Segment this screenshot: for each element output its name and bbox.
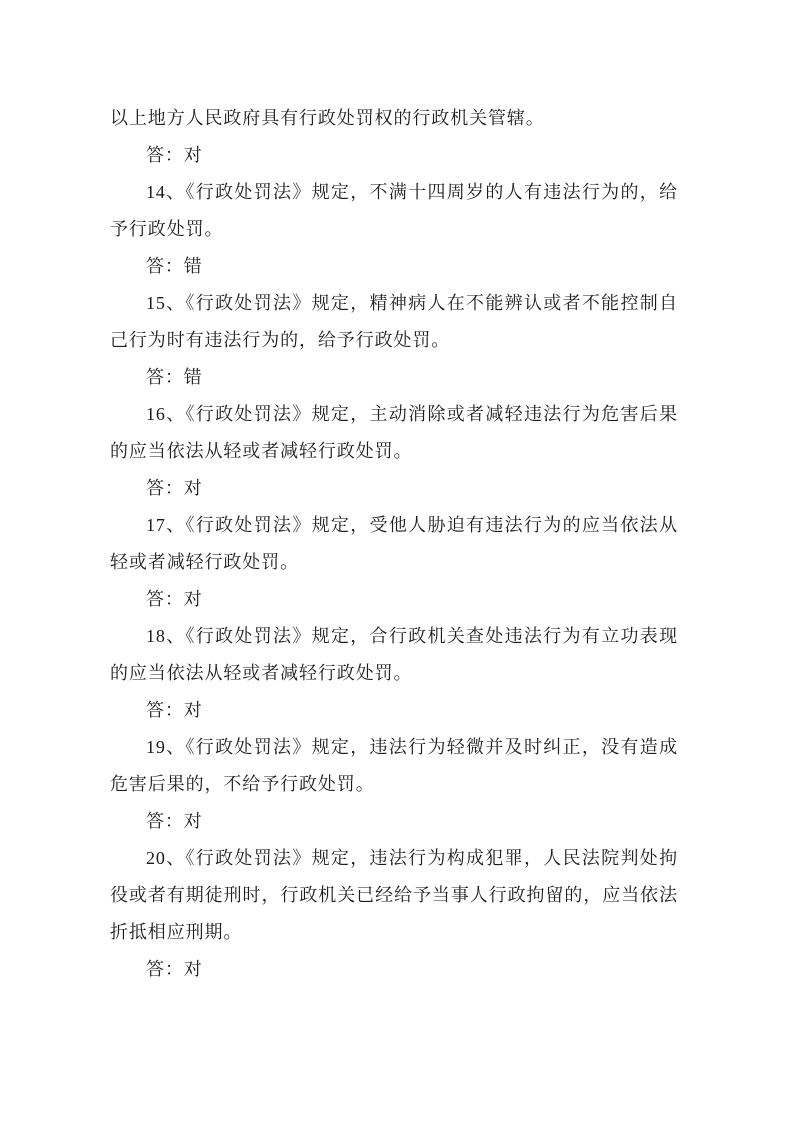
question-15: 15、《行政处罚法》规定，精神病人在不能辨认或者不能控制自己行为时有违法行为的，… — [110, 285, 678, 359]
question-17: 17、《行政处罚法》规定，受他人胁迫有违法行为的应当依法从轻或者减轻行政处罚。 — [110, 507, 678, 581]
answer-13: 答：对 — [110, 137, 678, 174]
answer-17: 答：对 — [110, 581, 678, 618]
question-18: 18、《行政处罚法》规定，合行政机关查处违法行为有立功表现的应当依法从轻或者减轻… — [110, 618, 678, 692]
question-19: 19、《行政处罚法》规定，违法行为轻微并及时纠正，没有造成危害后果的，不给予行政… — [110, 729, 678, 803]
question-20: 20、《行政处罚法》规定，违法行为构成犯罪，人民法院判处拘役或者有期徒刑时，行政… — [110, 840, 678, 951]
answer-15: 答：错 — [110, 359, 678, 396]
document-page: 以上地方人民政府具有行政处罚权的行政机关管辖。 答：对 14、《行政处罚法》规定… — [0, 0, 793, 1122]
answer-20: 答：对 — [110, 951, 678, 988]
question-16: 16、《行政处罚法》规定，主动消除或者减轻违法行为危害后果的应当依法从轻或者减轻… — [110, 396, 678, 470]
answer-19: 答：对 — [110, 803, 678, 840]
answer-16: 答：对 — [110, 470, 678, 507]
question-13-continuation: 以上地方人民政府具有行政处罚权的行政机关管辖。 — [110, 100, 678, 137]
answer-14: 答：错 — [110, 248, 678, 285]
question-14: 14、《行政处罚法》规定，不满十四周岁的人有违法行为的，给予行政处罚。 — [110, 174, 678, 248]
answer-18: 答：对 — [110, 692, 678, 729]
